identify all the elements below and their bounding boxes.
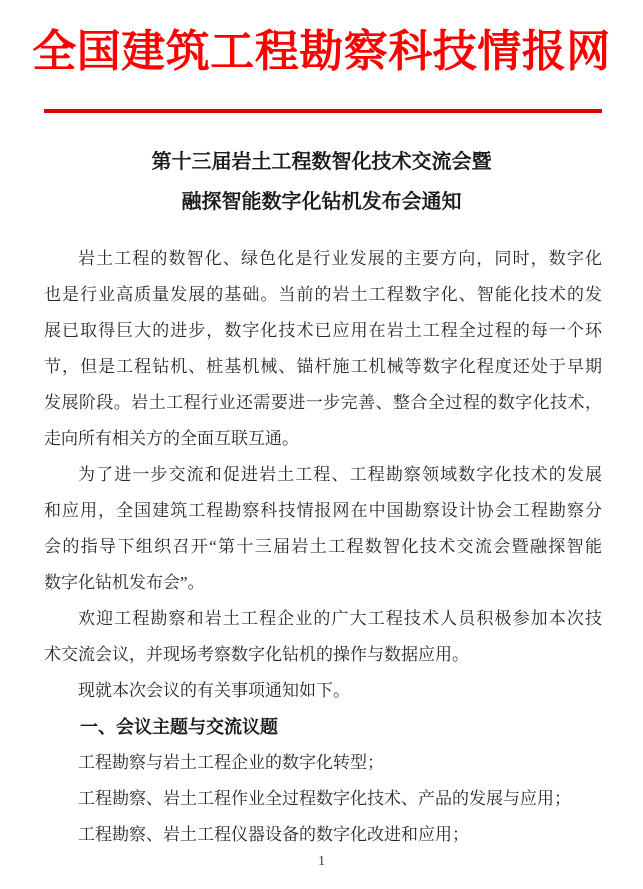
doc-line: 为了进一步交流和促进岩土工程、工程勘察领域数字化技术的发展 <box>44 457 602 493</box>
topic-list: 工程勘察与岩土工程企业的数字化转型； 工程勘察、岩土工程作业全过程数字化技术、产… <box>44 745 602 853</box>
site-header: 全国建筑工程勘察科技情报网 <box>0 24 643 80</box>
doc-title-line-1: 第十三届岩土工程数智化技术交流会暨 <box>0 142 643 182</box>
site-title: 全国建筑工程勘察科技情报网 <box>0 24 643 80</box>
paragraph-3: 欢迎工程勘察和岩土工程企业的广大工程技术人员积极参加本次技 术交流会议，并现场考… <box>44 601 602 673</box>
list-item: 工程勘察、岩土工程作业全过程数字化技术、产品的发展与应用； <box>44 781 602 817</box>
paragraph-4: 现就本次会议的有关事项通知如下。 <box>44 673 602 709</box>
doc-title: 第十三届岩土工程数智化技术交流会暨 融探智能数字化钻机发布会通知 <box>0 142 643 222</box>
doc-line: 术交流会议，并现场考察数字化钻机的操作与数据应用。 <box>44 637 602 673</box>
doc-line: 也是行业高质量发展的基础。当前的岩土工程数字化、智能化技术的发 <box>44 277 602 313</box>
doc-line: 节，但是工程钻机、桩基机械、锚杆施工机械等数字化程度还处于早期 <box>44 349 602 385</box>
doc-line: 岩土工程的数智化、绿色化是行业发展的主要方向，同时，数字化 <box>44 241 602 277</box>
document-page: 全国建筑工程勘察科技情报网 第十三届岩土工程数智化技术交流会暨 融探智能数字化钻… <box>0 0 643 889</box>
doc-line: 会的指导下组织召开“第十三届岩土工程数智化技术交流会暨融探智能 <box>44 529 602 565</box>
doc-title-line-2: 融探智能数字化钻机发布会通知 <box>0 182 643 222</box>
doc-line: 展已取得巨大的进步，数字化技术已应用在岩土工程全过程的每一个环 <box>44 313 602 349</box>
list-item: 工程勘察与岩土工程企业的数字化转型； <box>44 745 602 781</box>
section-heading: 一、会议主题与交流议题 <box>44 709 602 745</box>
list-item: 工程勘察、岩土工程仪器设备的数字化改进和应用； <box>44 817 602 853</box>
doc-line: 欢迎工程勘察和岩土工程企业的广大工程技术人员积极参加本次技 <box>44 601 602 637</box>
doc-line: 数字化钻机发布会”。 <box>44 565 602 601</box>
doc-body: 岩土工程的数智化、绿色化是行业发展的主要方向，同时，数字化 也是行业高质量发展的… <box>44 241 602 853</box>
page-number: 1 <box>0 853 643 871</box>
doc-line: 现就本次会议的有关事项通知如下。 <box>44 673 602 709</box>
header-divider <box>44 109 602 113</box>
doc-line: 走向所有相关方的全面互联互通。 <box>44 421 602 457</box>
paragraph-1: 岩土工程的数智化、绿色化是行业发展的主要方向，同时，数字化 也是行业高质量发展的… <box>44 241 602 457</box>
paragraph-2: 为了进一步交流和促进岩土工程、工程勘察领域数字化技术的发展 和应用，全国建筑工程… <box>44 457 602 601</box>
doc-line: 和应用，全国建筑工程勘察科技情报网在中国勘察设计协会工程勘察分 <box>44 493 602 529</box>
doc-line: 发展阶段。岩土工程行业还需要进一步完善、整合全过程的数字化技术， <box>44 385 602 421</box>
